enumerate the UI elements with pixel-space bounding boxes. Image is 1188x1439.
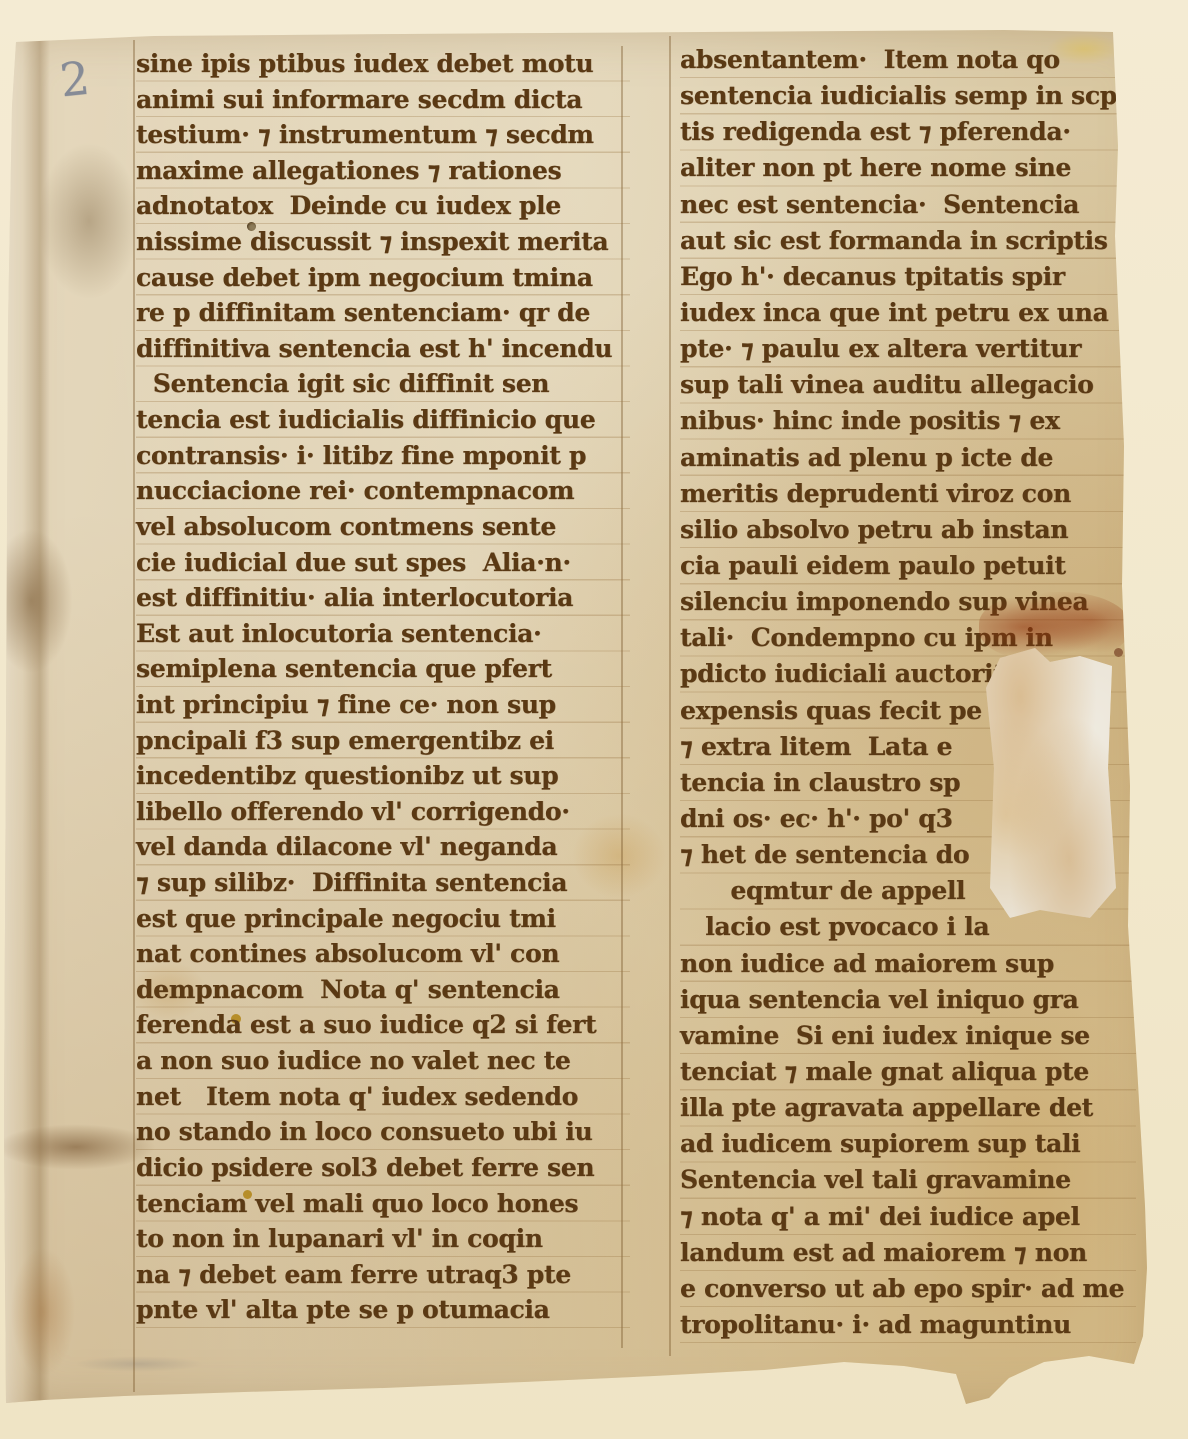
manuscript-text-line: libello offerendo vl' corrigendo· xyxy=(136,794,630,830)
manuscript-text-line: dempnacom Nota q' sentencia xyxy=(136,972,630,1008)
manuscript-text-line: vel danda dilacone vl' neganda xyxy=(136,829,630,865)
manuscript-text-line: maxime allegationes ⁊ rationes xyxy=(136,153,630,189)
manuscript-text-line: cie iudicial due sut spes Alia·n· xyxy=(136,545,630,581)
manuscript-text-line: int principiu ⁊ fine ce· non sup xyxy=(136,687,630,723)
manuscript-text-line: meritis deprudenti viroz con xyxy=(680,476,1136,512)
manuscript-text-line: absentantem· Item nota qo xyxy=(680,42,1136,78)
manuscript-text-line: adnotatox Deinde cu iudex ple xyxy=(136,188,630,224)
manuscript-text-line: nibus· hinc inde positis ⁊ ex xyxy=(680,403,1136,439)
manuscript-text-line: pnte vl' alta pte se p otumacia xyxy=(136,1292,630,1328)
manuscript-text-line: nucciacione rei· contempnacom xyxy=(136,473,630,509)
manuscript-text-line: est que principale negociu tmi xyxy=(136,901,630,937)
manuscript-text-line: est diffinitiu· alia interlocutoria xyxy=(136,580,630,616)
manuscript-text-line: cia pauli eidem paulo petuit xyxy=(680,548,1136,584)
manuscript-text-line: aut sic est formanda in scriptis xyxy=(680,223,1136,259)
manuscript-text-line: diffinitiva sentencia est h' incendu xyxy=(136,331,630,367)
manuscript-text-line: Ego h'· decanus tpitatis spir xyxy=(680,259,1136,295)
manuscript-text-line: aminatis ad plenu p icte de xyxy=(680,440,1136,476)
manuscript-text-line: tenciat ⁊ male gnat aliqua pte xyxy=(680,1054,1136,1090)
manuscript-text-line: sine ipis ptibus iudex debet motu xyxy=(136,46,630,82)
manuscript-text-line: no stando in loco consueto ubi iu xyxy=(136,1114,630,1150)
manuscript-text-line: e converso ut ab epo spir· ad me xyxy=(680,1271,1136,1307)
manuscript-text-line: na ⁊ debet eam ferre utraq3 pte xyxy=(136,1257,630,1293)
manuscript-text-line: tencia est iudicialis diffinicio que xyxy=(136,402,630,438)
manuscript-text-line: Est aut inlocutoria sentencia· xyxy=(136,616,630,652)
parchment-leaf: sine ipis ptibus iudex debet motuanimi s… xyxy=(4,26,1158,1410)
manuscript-text-line: net Item nota q' iudex sedendo xyxy=(136,1079,630,1115)
abraded-damage-patch xyxy=(980,648,1124,918)
ink-speck xyxy=(1123,609,1144,640)
ruling-vertical-right-column-left xyxy=(669,36,671,1356)
manuscript-text-line: ferenda est a suo iudice q2 si fert xyxy=(136,1007,630,1043)
manuscript-text-line: ⁊ nota q' a mi' dei iudice apel xyxy=(680,1199,1136,1235)
photograph-background: sine ipis ptibus iudex debet motuanimi s… xyxy=(0,0,1188,1439)
manuscript-text-line: iqua sentencia vel iniquo gra xyxy=(680,982,1136,1018)
manuscript-text-line: iudex inca que int petru ex una xyxy=(680,295,1136,331)
manuscript-text-line: ad iudicem supiorem sup tali xyxy=(680,1126,1136,1162)
manuscript-text-line: pncipali f3 sup emergentibz ei xyxy=(136,723,630,759)
manuscript-text-line: tropolitanu· i· ad maguntinu xyxy=(680,1307,1136,1343)
parchment-fold-edge xyxy=(4,26,50,1410)
manuscript-text-line: nec est sentencia· Sentencia xyxy=(680,187,1136,223)
manuscript-text-line: landum est ad maiorem ⁊ non xyxy=(680,1235,1136,1271)
manuscript-text-line: animi sui informare secdm dicta xyxy=(136,82,630,118)
text-column-left: sine ipis ptibus iudex debet motuanimi s… xyxy=(136,46,630,1328)
manuscript-text-line: incedentibz questionibz ut sup xyxy=(136,758,630,794)
manuscript-text-line: a non suo iudice no valet nec te xyxy=(136,1043,630,1079)
manuscript-text-line: non iudice ad maiorem sup xyxy=(680,946,1136,982)
manuscript-text-line: lacio est pvocaco i la xyxy=(680,909,1136,945)
manuscript-text-line: to non in lupanari vl' in coqin xyxy=(136,1221,630,1257)
manuscript-text-line: vel absolucom contmens sente xyxy=(136,509,630,545)
pencil-smudge xyxy=(74,1356,204,1372)
manuscript-text-line: illa pte agravata appellare det xyxy=(680,1090,1136,1126)
manuscript-text-line: Sentencia igit sic diffinit sen xyxy=(136,366,630,402)
manuscript-text-line: vamine Si eni iudex inique se xyxy=(680,1018,1136,1054)
manuscript-text-line: silio absolvo petru ab instan xyxy=(680,512,1136,548)
rust-stain-streak xyxy=(979,592,1129,662)
manuscript-text-line: aliter non pt here nome sine xyxy=(680,150,1136,186)
manuscript-text-line: sentencia iudicialis semp in scpi xyxy=(680,78,1136,114)
manuscript-text-line: Sentencia vel tali gravamine xyxy=(680,1162,1136,1198)
manuscript-text-line: sup tali vinea auditu allegacio xyxy=(680,367,1136,403)
manuscript-text-line: pte· ⁊ paulu ex altera vertitur xyxy=(680,331,1136,367)
manuscript-text-line: contransis· i· litibz fine mponit p xyxy=(136,438,630,474)
stain-top-left xyxy=(34,136,144,306)
manuscript-text-line: tenciam vel mali quo loco hones xyxy=(136,1186,630,1222)
manuscript-text-line: nissime discussit ⁊ inspexit merita xyxy=(136,224,630,260)
folio-number: 2 xyxy=(57,51,92,108)
manuscript-text-line: cause debet ipm negocium tmina xyxy=(136,260,630,296)
manuscript-text-line: re p diffinitam sentenciam· qr de xyxy=(136,295,630,331)
manuscript-text-line: ⁊ sup silibz· Diffinita sentencia xyxy=(136,865,630,901)
manuscript-text-line: tis redigenda est ⁊ pferenda· xyxy=(680,114,1136,150)
ruling-vertical-left-margin xyxy=(133,40,135,1392)
manuscript-text-line: semiplena sentencia que pfert xyxy=(136,651,630,687)
manuscript-text-line: testium· ⁊ instrumentum ⁊ secdm xyxy=(136,117,630,153)
manuscript-text-line: nat contines absolucom vl' con xyxy=(136,936,630,972)
manuscript-text-line: dicio psidere sol3 debet ferre sen xyxy=(136,1150,630,1186)
